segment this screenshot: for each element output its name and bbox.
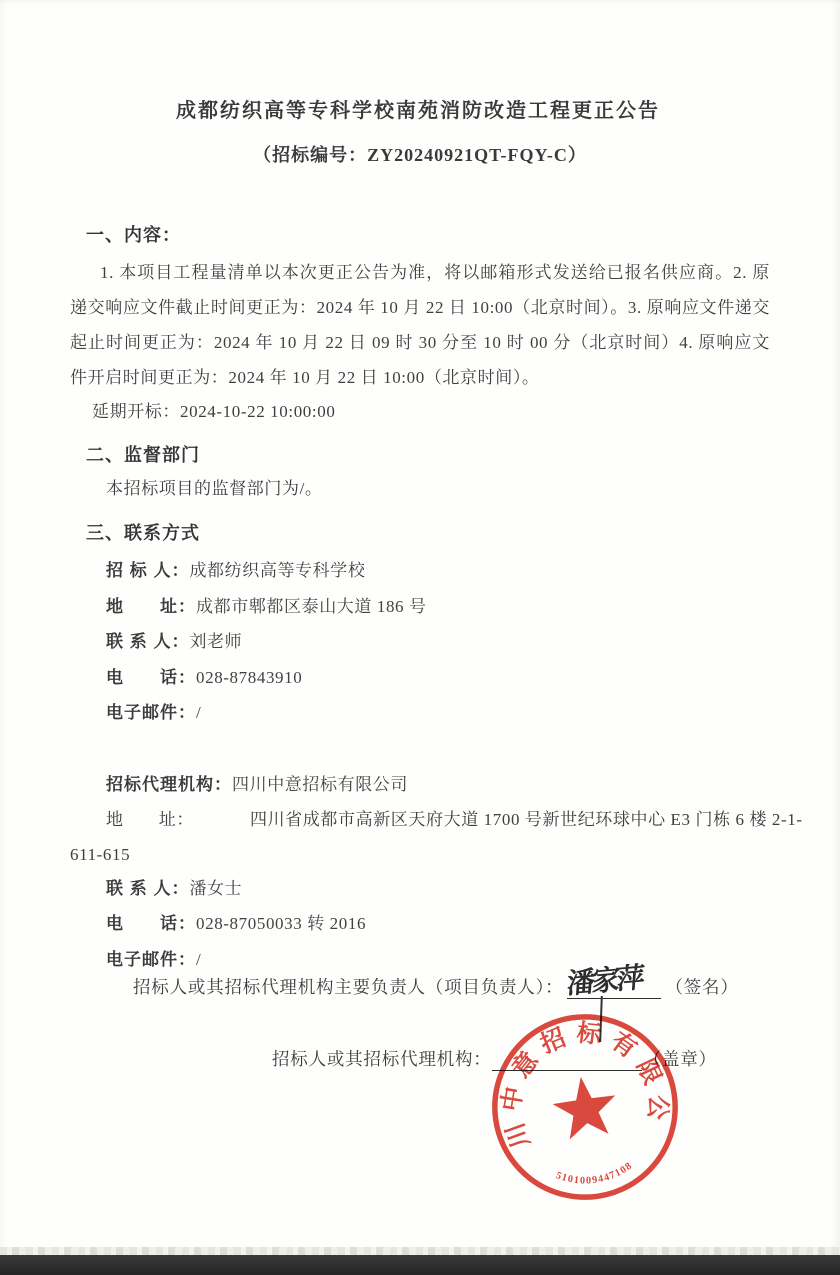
agency-address-label: 地 址： [106, 810, 194, 829]
tenderer-contact-row: 联 系 人：刘老师 [106, 624, 770, 660]
section-1-heading: 一、内容： [86, 221, 770, 247]
section-2-body: 本招标项目的监督部门为/。 [106, 473, 770, 505]
handwritten-signature: 潘家萍 [566, 956, 644, 1003]
tenderer-name-row: 招 标 人：成都纺织高等专科学校 [106, 553, 770, 589]
tenderer-name-value: 成都纺织高等专科学校 [189, 561, 365, 580]
organization-label: 招标人或其招标代理机构： [272, 1049, 492, 1069]
tenderer-phone-value: 028-87843910 [196, 668, 302, 687]
scan-bottom-bar [0, 1255, 840, 1275]
agency-contact-block: 招标代理机构：四川中意招标有限公司 地 址：四川省成都市高新区天府大道 1700… [70, 767, 770, 978]
tenderer-phone-label: 电 话： [106, 668, 196, 687]
star-icon [549, 1073, 620, 1141]
agency-contact-label: 联 系 人： [106, 879, 189, 898]
page-title: 成都纺织高等专科学校南苑消防改造工程更正公告 [70, 94, 766, 123]
agency-contact-row: 联 系 人：潘女士 [106, 871, 770, 907]
agency-address-value-2: 611-615 [70, 838, 770, 871]
agency-email-value: / [196, 950, 201, 969]
signature-underline: 潘家萍 [567, 977, 661, 999]
tenderer-email-row: 电子邮件：/ [106, 695, 770, 731]
section-2-heading: 二、监督部门 [86, 441, 770, 467]
principal-signature-line: 招标人或其招标代理机构主要负责人（项目负责人）：潘家萍（签名） [133, 974, 739, 999]
agency-address-value-1: 四川省成都市高新区天府大道 1700 号新世纪环球中心 E3 门栋 6 楼 2-… [250, 810, 803, 829]
agency-phone-label: 电 话： [106, 914, 196, 933]
agency-email-row: 电子邮件：/ [106, 942, 770, 978]
signature-suffix: （签名） [665, 977, 738, 997]
document-content: 成都纺织高等专科学校南苑消防改造工程更正公告 （招标编号：ZY20240921Q… [0, 94, 840, 977]
scan-edge-texture [0, 1247, 840, 1255]
agency-name-row: 招标代理机构：四川中意招标有限公司 [106, 767, 770, 803]
bid-number-line: （招标编号：ZY20240921QT-FQY-C） [70, 141, 770, 167]
scanned-document-page: 成都纺织高等专科学校南苑消防改造工程更正公告 （招标编号：ZY20240921Q… [0, 0, 840, 1275]
section-1-paragraph: 1. 本项目工程量清单以本次更正公告为准，将以邮箱形式发送给已报名供应商。2. … [70, 255, 770, 395]
tenderer-address-row: 地 址：成都市郫都区泰山大道 186 号 [106, 589, 770, 625]
tenderer-email-label: 电子邮件： [106, 703, 196, 722]
tenderer-name-label: 招 标 人： [106, 561, 189, 580]
tenderer-phone-row: 电 话：028-87843910 [106, 660, 770, 696]
tenderer-contact-value: 刘老师 [189, 632, 242, 651]
agency-contact-value: 潘女士 [189, 879, 242, 898]
tenderer-address-label: 地 址： [106, 597, 196, 616]
agency-name-value: 四川中意招标有限公司 [232, 775, 408, 794]
agency-phone-value: 028-87050033 转 2016 [196, 914, 366, 933]
tenderer-email-value: / [196, 703, 201, 722]
agency-address-row: 地 址：四川省成都市高新区天府大道 1700 号新世纪环球中心 E3 门栋 6 … [106, 802, 770, 871]
agency-email-label: 电子邮件： [106, 950, 196, 969]
spacer [70, 731, 770, 759]
agency-address-line1: 地 址：四川省成都市高新区天府大道 1700 号新世纪环球中心 E3 门栋 6 … [106, 802, 770, 838]
postpone-line: 延期开标：2024-10-22 10:00:00 [92, 395, 770, 429]
section-3-heading: 三、联系方式 [86, 519, 770, 545]
tenderer-contact-block: 招 标 人：成都纺织高等专科学校 地 址：成都市郫都区泰山大道 186 号 联 … [70, 553, 770, 731]
principal-signature-label: 招标人或其招标代理机构主要负责人（项目负责人）： [133, 977, 563, 997]
tenderer-address-value: 成都市郫都区泰山大道 186 号 [196, 597, 427, 616]
agency-phone-row: 电 话：028-87050033 转 2016 [106, 906, 770, 942]
company-seal: 四川中意招标有限公司 5101009447108 [474, 996, 695, 1217]
agency-name-label: 招标代理机构： [106, 775, 232, 794]
tenderer-contact-label: 联 系 人： [106, 632, 189, 651]
